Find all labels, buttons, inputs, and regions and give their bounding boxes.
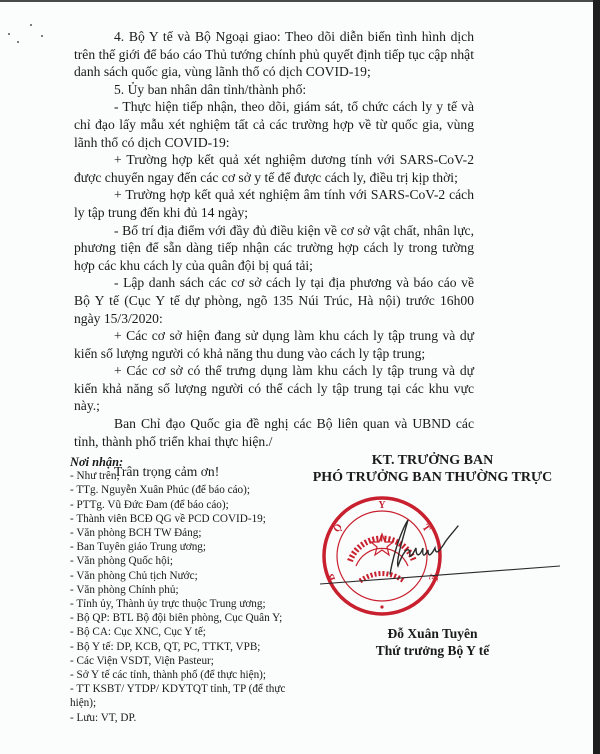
document-body: 4. Bộ Y tế và Bộ Ngoại giao: Theo dõi di… <box>74 28 474 481</box>
recipient-list: - Như trên;- TTg. Nguyễn Xuân Phúc (để b… <box>70 469 310 725</box>
scan-specks <box>0 0 60 50</box>
paragraph-item-5a-1: + Trường hợp kết quả xét nghiệm dương tí… <box>74 151 474 186</box>
paragraph-item-4: 4. Bộ Y tế và Bộ Ngoại giao: Theo dõi di… <box>74 28 474 81</box>
signature-block: KT. TRƯỞNG BAN PHÓ TRƯỞNG BAN THƯỜNG TRỰ… <box>300 452 565 659</box>
recipient-item: - Như trên; <box>70 469 310 483</box>
paragraph-item-5c-2: + Các cơ sở có thể trưng dụng làm khu cá… <box>74 362 474 415</box>
paragraph-item-5: 5. Ủy ban nhân dân tỉnh/thành phố: <box>74 81 474 99</box>
recipient-item: - Tỉnh ủy, Thành ủy trực thuộc Trung ươn… <box>70 597 310 611</box>
paragraph-item-5a-2: + Trường hợp kết quả xét nghiệm âm tính … <box>74 186 474 221</box>
recipient-item: - PTTg. Vũ Đức Đam (để báo cáo); <box>70 498 310 512</box>
recipient-item: - Sở Y tế các tỉnh, thành phố (để thực h… <box>70 668 310 682</box>
paragraph-item-5b: - Bố trí địa điểm với đầy đủ điều kiện v… <box>74 222 474 275</box>
recipient-item: - Bộ Y tế: DP, KCB, QT, PC, TTKT, VPB; <box>70 640 310 654</box>
recipient-item: - Lưu: VT, DP. <box>70 711 310 725</box>
signer-name: Đỗ Xuân Tuyên <box>300 625 565 642</box>
recipient-item: - Bộ QP: BTL Bộ đội biên phòng, Cục Quân… <box>70 611 310 625</box>
recipient-item: - Các Viện VSDT, Viện Pasteur; <box>70 654 310 668</box>
paragraph-closing: Ban Chỉ đạo Quốc gia đề nghị các Bộ liên… <box>74 415 474 450</box>
window-right-border <box>593 0 600 754</box>
recipient-item: - Bộ CA: Cục XNC, Cục Y tế; <box>70 625 310 639</box>
recipient-item: - Ban Tuyên giáo Trung ương; <box>70 540 310 554</box>
recipient-item: - Thành viên BCĐ QG về PCD COVID-19; <box>70 512 310 526</box>
signer-role-line1: KT. TRƯỞNG BAN <box>300 452 565 469</box>
signer-role-line2: PHÓ TRƯỞNG BAN THƯỜNG TRỰC <box>300 469 565 486</box>
recipient-item: - TT KSBT/ YTDP/ KDYTQT tỉnh, TP (để thự… <box>70 682 310 710</box>
paragraph-item-5c-1: + Các cơ sở hiện đang sử dụng làm khu cá… <box>74 327 474 362</box>
recipient-item: - Văn phòng BCH TW Đảng; <box>70 526 310 540</box>
recipient-item: - Văn phòng Chính phủ; <box>70 583 310 597</box>
recipients-block: Nơi nhận: - Như trên;- TTg. Nguyễn Xuân … <box>70 455 310 725</box>
recipient-item: - TTg. Nguyễn Xuân Phúc (để báo cáo); <box>70 483 310 497</box>
recipient-item: - Văn phòng Quốc hội; <box>70 554 310 568</box>
signer-title: Thứ trưởng Bộ Y tế <box>300 642 565 659</box>
recipients-title: Nơi nhận: <box>70 455 310 469</box>
svg-text:Ộ: Ộ <box>330 521 345 535</box>
svg-text:T: T <box>419 522 432 534</box>
paragraph-item-5a: - Thực hiện tiếp nhận, theo dõi, giám sá… <box>74 98 474 151</box>
stamp-and-signature: BỘYTẾ <box>300 486 565 619</box>
svg-text:Y: Y <box>378 500 386 511</box>
page-top-edge <box>0 0 600 2</box>
official-stamp-icon: BỘYTẾ <box>300 486 565 619</box>
recipient-item: - Văn phòng Chủ tịch Nước; <box>70 569 310 583</box>
paragraph-item-5c: - Lập danh sách các cơ sở cách ly tại đị… <box>74 274 474 327</box>
